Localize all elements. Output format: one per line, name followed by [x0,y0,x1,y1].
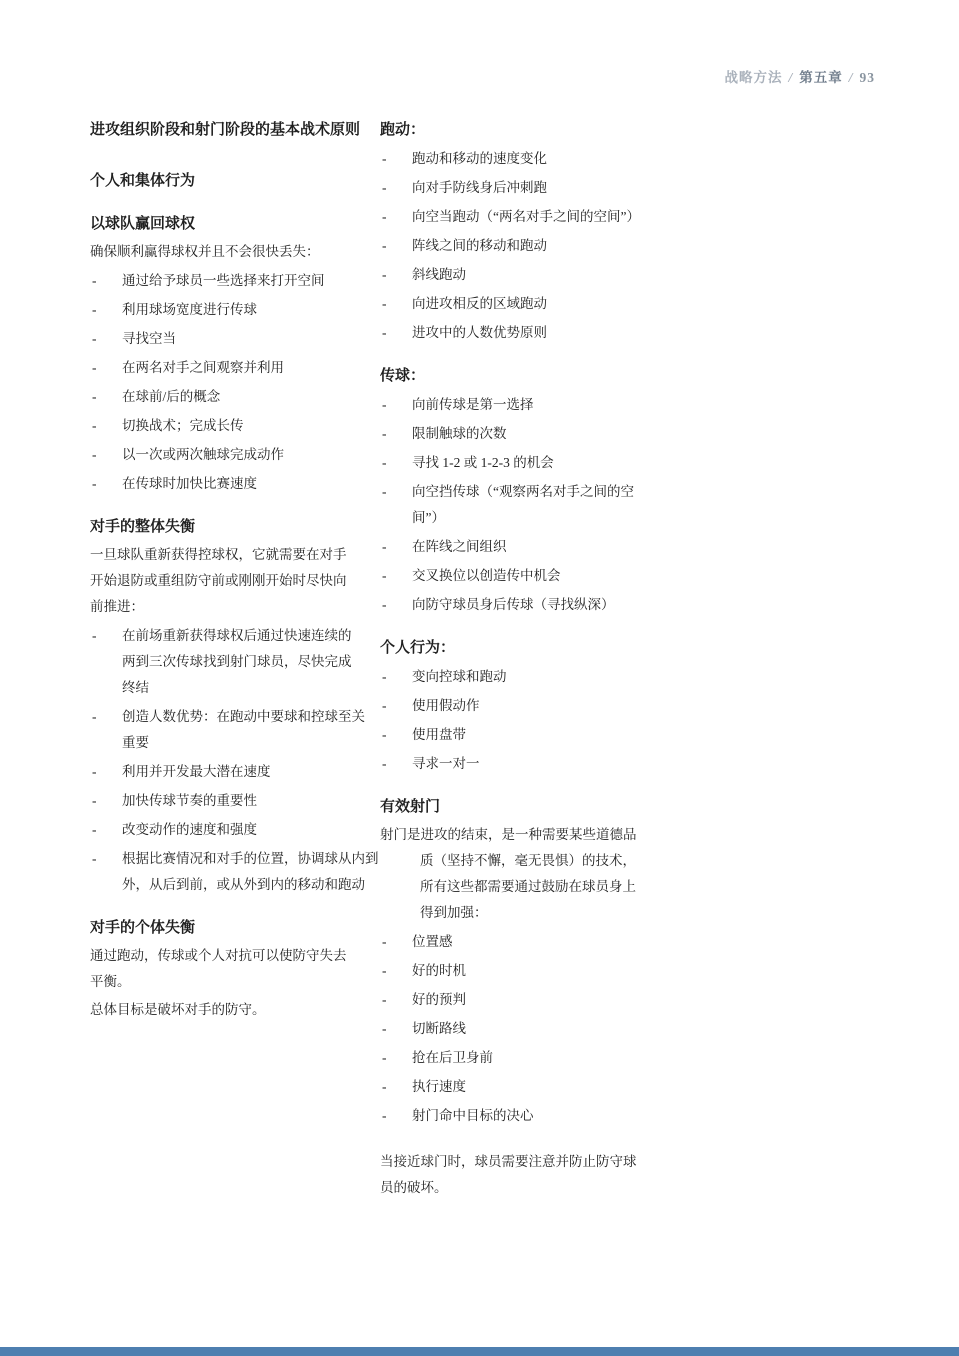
header-page-number: 93 [860,70,876,85]
paragraph: 总体目标是破坏对手的防守。 [90,995,380,1023]
bullet-item: -好的时机 [380,955,695,984]
bullet-text: 向前传球是第一选择 [412,392,695,418]
section-heading: 对手的整体失衡 [90,497,380,540]
bullet-item: -在阵线之间组织 [380,531,695,560]
bullet-text: 使用盘带 [412,722,695,748]
bullet-text: 抢在后卫身前 [412,1045,695,1071]
header-section-title: 战略方法 [724,70,782,85]
bullet-dash: - [382,262,387,288]
bullet-dash: - [382,1045,387,1071]
bullet-dash: - [92,413,97,439]
bullet-text: 阵线之间的移动和跑动 [412,233,695,259]
bullet-dash: - [382,204,387,230]
bullet-dash: - [382,291,387,317]
bullet-text: 改变动作的速度和强度 [122,817,380,843]
bullet-list: -变向控球和跑动-使用假动作-使用盘带-寻求一对一 [380,661,695,777]
bullet-dash: - [382,1103,387,1129]
bullet-dash: - [382,1016,387,1042]
bullet-dash: - [382,534,387,560]
bullet-item: -位置感 [380,926,695,955]
bullet-item: -加快传球节奏的重要性 [90,785,380,814]
bullet-dash: - [382,722,387,748]
bullet-dash: - [382,563,387,589]
section-heading: 有效射门 [380,777,695,820]
bullet-list: -在前场重新获得球权后通过快速连续的 两到三次传球找到射门球员，尽快完成 终结-… [90,620,380,898]
bullet-list: -通过给予球员一些选择来打开空间-利用球场宽度进行传球-寻找空当-在两名对手之间… [90,265,380,497]
bullet-dash: - [382,392,387,418]
bullet-text: 在传球时加快比赛速度 [122,471,380,497]
bullet-text: 位置感 [412,929,695,955]
footer-accent-bar [0,1347,959,1356]
bullet-dash: - [382,421,387,447]
bullet-item: -跑动和移动的速度变化 [380,143,695,172]
bullet-text: 限制触球的次数 [412,421,695,447]
bullet-item: -寻求一对一 [380,748,695,777]
bullet-text: 变向控球和跑动 [412,664,695,690]
bullet-item: -根据比赛情况和对手的位置，协调球从内到 外，从后到前，或从外到内的移动和跑动 [90,843,380,898]
left-column: 进攻组织阶段和射门阶段的基本战术原则个人和集体行为以球队赢回球权确保顺利赢得球权… [90,117,380,1023]
bullet-text: 切换战术；完成长传 [122,413,380,439]
bullet-item: -斜线跑动 [380,259,695,288]
bullet-dash: - [92,297,97,323]
bullet-item: -抢在后卫身前 [380,1042,695,1071]
bullet-list: -跑动和移动的速度变化-向对手防线身后冲刺跑-向空当跑动（“两名对手之间的空间”… [380,143,695,346]
bullet-dash: - [382,751,387,777]
bullet-dash: - [92,623,97,649]
bullet-text: 向防守球员身后传球（寻找纵深） [412,592,695,618]
bullet-dash: - [382,146,387,172]
bullet-text: 寻求一对一 [412,751,695,777]
bullet-dash: - [382,987,387,1013]
bullet-item: -向防守球员身后传球（寻找纵深） [380,589,695,618]
section-heading: 对手的个体失衡 [90,898,380,941]
bullet-dash: - [92,788,97,814]
bullet-dash: - [92,384,97,410]
bullet-dash: - [382,175,387,201]
bullet-item: -执行速度 [380,1071,695,1100]
bullet-text: 根据比赛情况和对手的位置，协调球从内到 外，从后到前，或从外到内的移动和跑动 [122,846,380,898]
bullet-text: 通过给予球员一些选择来打开空间 [122,268,380,294]
bullet-text: 向进攻相反的区域跑动 [412,291,695,317]
bullet-dash: - [92,704,97,730]
bullet-item: -变向控球和跑动 [380,661,695,690]
bullet-text: 在球前/后的概念 [122,384,380,410]
bullet-dash: - [382,664,387,690]
bullet-item: -在两名对手之间观察并利用 [90,352,380,381]
bullet-text: 寻找 1-2 或 1-2-3 的机会 [412,450,695,476]
bullet-item: -利用球场宽度进行传球 [90,294,380,323]
bullet-item: -在球前/后的概念 [90,381,380,410]
paragraph: 确保顺利赢得球权并且不会很快丢失： [90,237,380,265]
bullet-text: 射门命中目标的决心 [412,1103,695,1129]
bullet-text: 执行速度 [412,1074,695,1100]
bullet-item: -通过给予球员一些选择来打开空间 [90,265,380,294]
bullet-dash: - [382,958,387,984]
bullet-text: 跑动和移动的速度变化 [412,146,695,172]
bullet-text: 好的时机 [412,958,695,984]
bullet-item: -寻找空当 [90,323,380,352]
bullet-item: -在前场重新获得球权后通过快速连续的 两到三次传球找到射门球员，尽快完成 终结 [90,620,380,701]
bullet-item: -好的预判 [380,984,695,1013]
section-heading: 个人和集体行为 [90,151,380,194]
bullet-item: -在传球时加快比赛速度 [90,468,380,497]
bullet-dash: - [92,471,97,497]
bullet-item: -向空挡传球（“观察两名对手之间的空 间”） [380,476,695,531]
bullet-item: -阵线之间的移动和跑动 [380,230,695,259]
bullet-item: -向空当跑动（“两名对手之间的空间”） [380,201,695,230]
bullet-dash: - [92,846,97,872]
bullet-item: -使用盘带 [380,719,695,748]
page-title: 进攻组织阶段和射门阶段的基本战术原则 [90,117,380,151]
bullet-text: 寻找空当 [122,326,380,352]
bullet-dash: - [382,592,387,618]
bullet-item: -使用假动作 [380,690,695,719]
bullet-text: 向空当跑动（“两名对手之间的空间”） [412,204,695,230]
bullet-dash: - [382,479,387,505]
bullet-text: 向对手防线身后冲刺跑 [412,175,695,201]
bullet-text: 在阵线之间组织 [412,534,695,560]
bullet-item: -交叉换位以创造传中机会 [380,560,695,589]
bullet-item: -改变动作的速度和强度 [90,814,380,843]
content-columns: 进攻组织阶段和射门阶段的基本战术原则个人和集体行为以球队赢回球权确保顺利赢得球权… [0,117,959,1201]
bullet-text: 向空挡传球（“观察两名对手之间的空 间”） [412,479,695,531]
bullet-text: 在两名对手之间观察并利用 [122,355,380,381]
bullet-dash: - [92,326,97,352]
header-separator-1: / [782,70,799,85]
paragraph: 射门是进攻的结束，是一种需要某些道德品 质（坚持不懈，毫无畏惧）的技术， 所有这… [380,820,695,926]
bullet-item: -向进攻相反的区域跑动 [380,288,695,317]
bullet-text: 创造人数优势：在跑动中要球和控球至关 重要 [122,704,380,756]
bullet-item: -向前传球是第一选择 [380,389,695,418]
bullet-item: -利用并开发最大潜在速度 [90,756,380,785]
bullet-item: -切断路线 [380,1013,695,1042]
bullet-dash: - [382,320,387,346]
bullet-item: -向对手防线身后冲刺跑 [380,172,695,201]
header-separator-2: / [843,70,860,85]
paragraph: 一旦球队重新获得控球权，它就需要在对手 开始退防或重组防守前或刚刚开始时尽快向 … [90,540,380,620]
bullet-list: -向前传球是第一选择-限制触球的次数-寻找 1-2 或 1-2-3 的机会-向空… [380,389,695,618]
bullet-text: 交叉换位以创造传中机会 [412,563,695,589]
paragraph: 通过跑动，传球或个人对抗可以使防守失去 平衡。 [90,941,380,995]
bullet-text: 在前场重新获得球权后通过快速连续的 两到三次传球找到射门球员，尽快完成 终结 [122,623,380,701]
section-heading: 传球： [380,346,695,389]
bullet-text: 进攻中的人数优势原则 [412,320,695,346]
bullet-dash: - [382,693,387,719]
bullet-text: 利用并开发最大潜在速度 [122,759,380,785]
bullet-item: -进攻中的人数优势原则 [380,317,695,346]
bullet-dash: - [92,759,97,785]
bullet-item: -创造人数优势：在跑动中要球和控球至关 重要 [90,701,380,756]
section-heading: 以球队赢回球权 [90,194,380,237]
document-page: { "colors": { "header_light": "#a8b0ba",… [0,0,959,1356]
page-header: 战略方法/第五章/93 [0,68,959,88]
bullet-text: 斜线跑动 [412,262,695,288]
bullet-text: 切断路线 [412,1016,695,1042]
bullet-dash: - [92,268,97,294]
bullet-item: -切换战术；完成长传 [90,410,380,439]
bullet-text: 利用球场宽度进行传球 [122,297,380,323]
bullet-dash: - [92,442,97,468]
bullet-text: 好的预判 [412,987,695,1013]
bullet-dash: - [92,817,97,843]
bullet-item: -射门命中目标的决心 [380,1100,695,1129]
bullet-dash: - [382,233,387,259]
header-chapter: 第五章 [799,70,843,85]
bullet-dash: - [92,355,97,381]
bullet-text: 加快传球节奏的重要性 [122,788,380,814]
bullet-list: -位置感-好的时机-好的预判-切断路线-抢在后卫身前-执行速度-射门命中目标的决… [380,926,695,1129]
bullet-text: 使用假动作 [412,693,695,719]
bullet-dash: - [382,450,387,476]
right-column: 跑动：-跑动和移动的速度变化-向对手防线身后冲刺跑-向空当跑动（“两名对手之间的… [380,117,695,1201]
bullet-item: -寻找 1-2 或 1-2-3 的机会 [380,447,695,476]
section-heading: 个人行为： [380,618,695,661]
bullet-text: 以一次或两次触球完成动作 [122,442,380,468]
paragraph: 当接近球门时，球员需要注意并防止防守球 员的破坏。 [380,1129,695,1201]
section-heading: 跑动： [380,117,695,143]
bullet-item: -以一次或两次触球完成动作 [90,439,380,468]
bullet-dash: - [382,1074,387,1100]
bullet-dash: - [382,929,387,955]
bullet-item: -限制触球的次数 [380,418,695,447]
